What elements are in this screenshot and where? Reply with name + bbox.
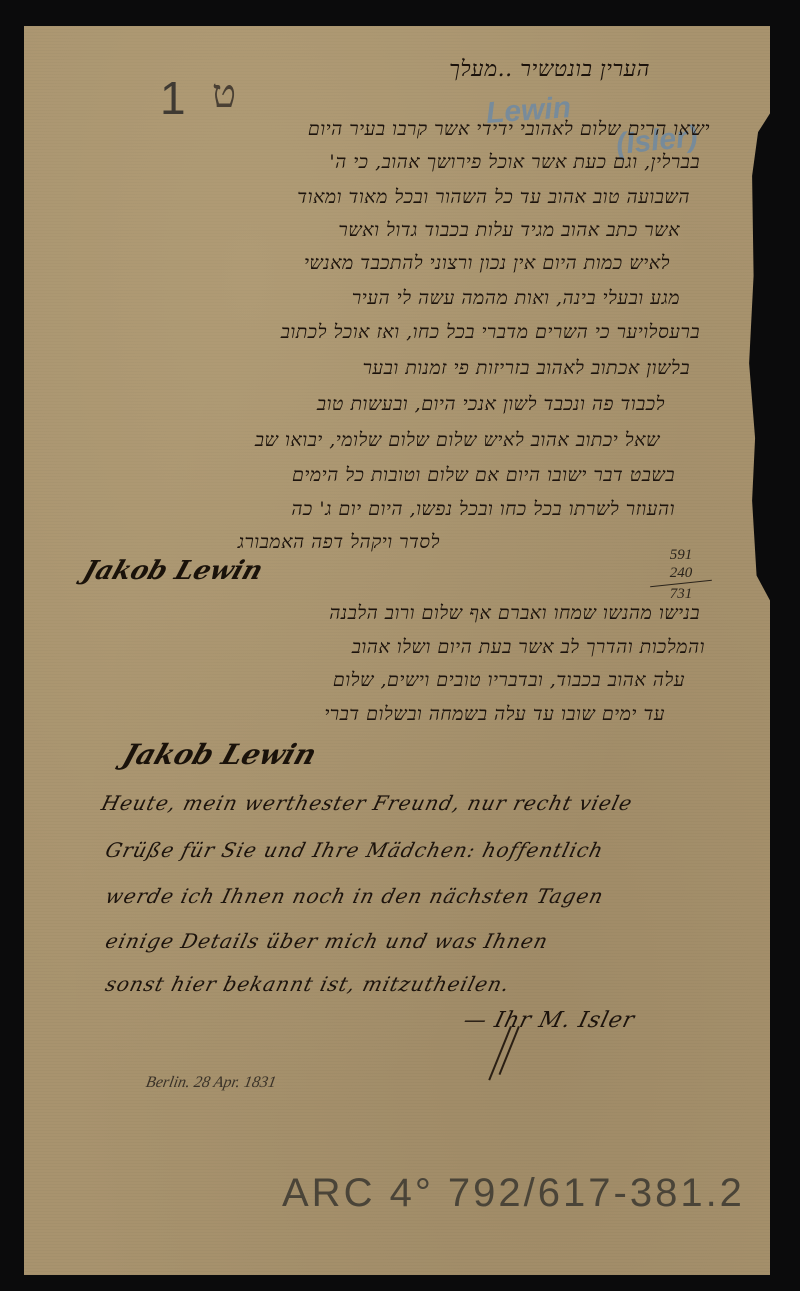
hebrew-line-14: בנישו מהנשו שמחו ואברם אף שלום ורוב הלבנ… [329, 602, 700, 625]
hebrew-line-1: ישאו הרים שלום לאהובי ידידי אשר קרבו בעי… [308, 118, 710, 141]
margin-calculation: 591 240 731 [650, 546, 712, 603]
german-line-2: Grüße für Sie und Ihre Mädchen: hoffentl… [103, 838, 606, 862]
signature-m-isler: — Ihr M. Isler [461, 1008, 638, 1033]
hebrew-line-12: והעוזר לשרתו בכל כחו ובכל נפשו, היום יום… [291, 498, 675, 521]
hebrew-line-15: והמלכות והדרך לב אשר בעת היום ושלו אהוב [352, 636, 705, 659]
german-line-4: einige Details über mich und was Ihnen [103, 929, 551, 953]
inline-name-jakob-lewin: Jakob Lewin [79, 556, 266, 586]
german-line-1: Heute, mein werthester Freund, nur recht… [99, 791, 635, 815]
hebrew-line-10: שאל יכתוב אהוב לאיש שלום שלום שלומי, יבו… [255, 429, 660, 452]
german-line-3: werde ich Ihnen noch in den nächsten Tag… [103, 884, 606, 908]
hebrew-line-7: ברעסלויער כי השרים מדברי בכל כחו, ואז או… [281, 321, 700, 344]
folio-hebrew-letter: ט [212, 70, 236, 117]
hebrew-line-13: לסדר ויקהל דפה האמבורג [238, 531, 440, 554]
hebrew-line-9: לכבוד פה ונכבד לשון אנכי היום, ובעשות טו… [317, 393, 665, 416]
hebrew-line-17: עד ימים שובו עד עלה בשמחה ובשלום דברי [324, 703, 665, 726]
hebrew-line-6: מגע ובעלי בינה, ואות מהמה עשה לי העיר [352, 287, 680, 310]
hebrew-line-3: השבועה טוב אהוב עד כל השהור ובכל מאוד ומ… [297, 186, 690, 209]
date-note: Berlin. 28 Apr. 1831 [144, 1074, 277, 1092]
german-line-5: sonst hier bekannt ist, mitzutheilen. [103, 972, 513, 996]
letter-heading: הערין בונטשיר ..מעלך [449, 56, 650, 82]
archive-shelfmark: ARC 4° 792/617-381.2 [282, 1171, 745, 1216]
signature-jakob-lewin: Jakob Lewin [119, 738, 321, 771]
hebrew-line-8: בלשון אכתוב לאהוב בזריזות פי זמנות ובער [363, 357, 690, 380]
hebrew-line-4: אשר כתב אהוב מגיד עלות בכבוד גדול ואשר [338, 219, 680, 242]
hebrew-line-16: עלה אהוב בכבוד, ובדבריו טובים וישים, שלו… [333, 669, 685, 692]
calc-operand-b: 240 [650, 564, 712, 582]
hebrew-line-5: לאיש כמות היום אין נכון ורצוני להתכבד מא… [304, 252, 670, 275]
hebrew-line-11: בשבט דבר ישובו היום אם שלום וטובות כל הי… [292, 464, 675, 487]
hebrew-line-2: בברלין, וגם כעת אשר אוכל פירושך אהוב, כי… [329, 151, 700, 174]
folio-number: 1 [160, 71, 186, 125]
letter-paper: 1 ט Lewin (Isler) הערין בונטשיר ..מעלך י… [24, 26, 770, 1275]
calc-operand-a: 591 [650, 546, 712, 564]
calc-result: 731 [650, 585, 712, 603]
